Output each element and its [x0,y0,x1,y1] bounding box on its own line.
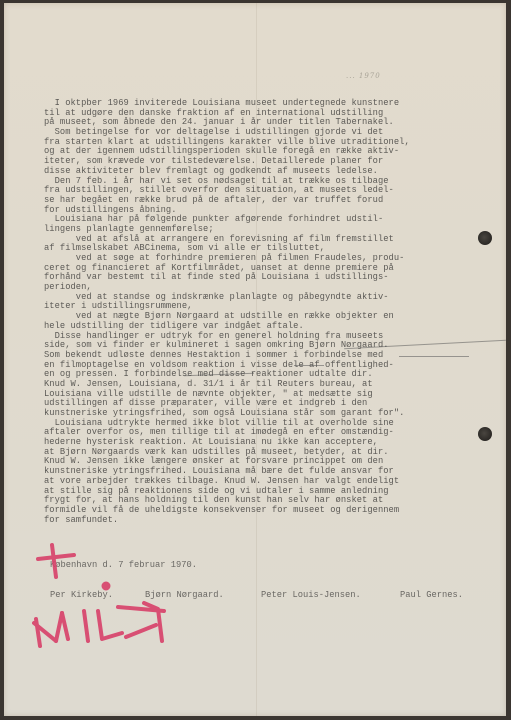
letter-body: I oktpber 1969 inviterede Louisiana muse… [44,99,484,525]
red-handwritten-film-mark [26,541,186,661]
letter-line: forhånd var bestemt til at finde sted på… [44,273,484,283]
punch-hole-top [478,231,492,245]
punch-hole-bottom [478,427,492,441]
pencil-annotation: ... 1970 [346,72,381,80]
signature-peter-louis-jensen: Peter Louis-Jensen. [261,590,400,600]
strikethrough-mark [399,356,469,357]
letter-line: for samfundet. [44,516,484,526]
strikethrough-mark [294,365,324,366]
signature-paul-gernes: Paul Gernes. [400,590,463,600]
document-page: ... 1970 I oktpber 1969 inviterede Louis… [4,3,506,716]
